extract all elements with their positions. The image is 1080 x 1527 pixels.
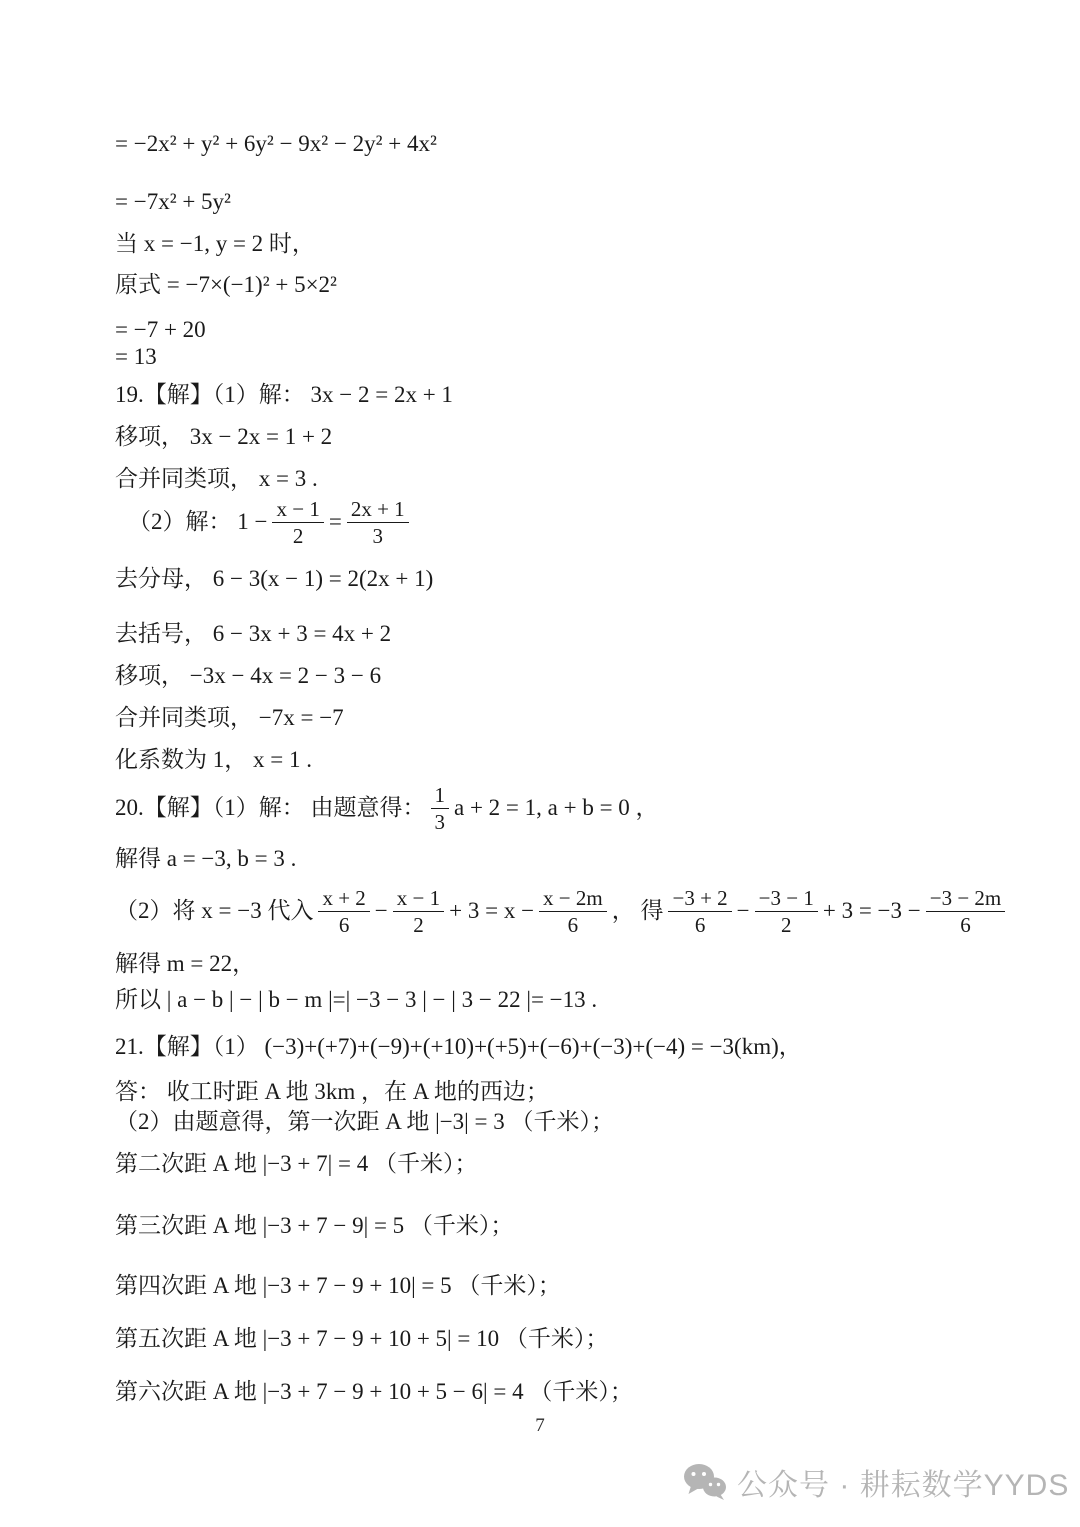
math-text: − — [737, 897, 750, 926]
math-line: 原式 = −7×(−1)² + 5×2² — [115, 271, 337, 300]
fraction-denominator: 2 — [755, 912, 818, 937]
fraction: x − 1 2 — [393, 886, 444, 937]
fraction-numerator: 1 — [431, 783, 450, 809]
answer-line: 答： 收工时距 A 地 3km ，在 A 地的西边； — [115, 1078, 549, 1107]
math-line: 当 x = −1, y = 2 时， — [115, 230, 315, 259]
fraction-numerator: −3 − 1 — [755, 886, 818, 912]
fraction-denominator: 3 — [347, 523, 409, 548]
math-line: 19.【解】（1）解： 3x − 2 = 2x + 1 — [115, 381, 453, 410]
math-line: 第三次距 A 地 |−3 + 7 − 9| = 5 （千米）； — [115, 1212, 513, 1241]
math-text: + 3 = x − — [449, 897, 534, 926]
math-line: = −7 + 20 — [115, 316, 206, 345]
fraction-denominator: 2 — [272, 523, 323, 548]
math-line: 合并同类项， −7x = −7 — [115, 704, 344, 733]
fraction-numerator: x − 2m — [539, 886, 607, 912]
math-line: = 13 — [115, 343, 157, 372]
fraction-denominator: 6 — [318, 912, 369, 937]
fraction: −3 − 1 2 — [755, 886, 818, 937]
fraction-denominator: 3 — [431, 809, 450, 834]
math-text: + 3 = −3 − — [823, 897, 921, 926]
watermark: 公众号 · 耕耘数学YYDS — [683, 1460, 1069, 1504]
fraction-numerator: 2x + 1 — [347, 497, 409, 523]
math-text: − — [375, 897, 388, 926]
math-line: 合并同类项， x = 3 . — [115, 465, 318, 494]
math-line: 去括号， 6 − 3x + 3 = 4x + 2 — [115, 620, 391, 649]
fraction-denominator: 2 — [393, 912, 444, 937]
fraction-numerator: x − 1 — [393, 886, 444, 912]
math-line: 第五次距 A 地 |−3 + 7 − 9 + 10 + 5| = 10 （千米）… — [115, 1325, 608, 1354]
math-line: = −7x² + 5y² — [115, 188, 231, 217]
math-text: ， 得 — [612, 897, 664, 926]
math-line: 第四次距 A 地 |−3 + 7 − 9 + 10| = 5 （千米）； — [115, 1272, 561, 1301]
math-line: = −2x² + y² + 6y² − 9x² − 2y² + 4x² — [115, 130, 437, 159]
math-text: 20.【解】（1）解： 由题意得： — [115, 794, 426, 823]
math-line: 去分母， 6 − 3(x − 1) = 2(2x + 1) — [115, 565, 433, 594]
math-line-with-fractions: （2）解： 1 − x − 1 2 = 2x + 1 3 — [128, 497, 414, 548]
fraction: 1 3 — [431, 783, 450, 834]
fraction-numerator: x + 2 — [318, 886, 369, 912]
math-line: （2）由题意得，第一次距 A 地 |−3| = 3 （千米）； — [115, 1108, 614, 1137]
page-number: 7 — [0, 1415, 1080, 1437]
fraction-denominator: 6 — [926, 912, 1006, 937]
math-line-with-fractions: （2）将 x = −3 代入 x + 2 6 − x − 1 2 + 3 = x… — [115, 886, 1010, 937]
math-line-with-fractions: 20.【解】（1）解： 由题意得： 1 3 a + 2 = 1, a + b =… — [115, 783, 659, 834]
math-line: 第六次距 A 地 |−3 + 7 − 9 + 10 + 5 − 6| = 4 （… — [115, 1378, 633, 1407]
math-line: 化系数为 1， x = 1 . — [115, 746, 312, 775]
math-line: 解得 a = −3, b = 3 . — [115, 845, 296, 874]
fraction: x + 2 6 — [318, 886, 369, 937]
fraction-numerator: −3 + 2 — [668, 886, 731, 912]
math-text: = — [329, 508, 342, 537]
fraction-denominator: 6 — [668, 912, 731, 937]
math-text: （2）解： 1 − — [128, 508, 267, 537]
math-line: 移项， 3x − 2x = 1 + 2 — [115, 423, 332, 452]
fraction: x − 2m 6 — [539, 886, 607, 937]
fraction-numerator: x − 1 — [272, 497, 323, 523]
math-line: 21.【解】（1） (−3)+(+7)+(−9)+(+10)+(+5)+(−6)… — [115, 1033, 802, 1062]
document-page: = −2x² + y² + 6y² − 9x² − 2y² + 4x² = −7… — [0, 0, 1080, 1527]
fraction: 2x + 1 3 — [347, 497, 409, 548]
fraction-denominator: 6 — [539, 912, 607, 937]
math-line: 所以 | a − b | − | b − m |=| −3 − 3 | − | … — [115, 986, 597, 1015]
math-text: （2）将 x = −3 代入 — [115, 897, 313, 926]
fraction: x − 1 2 — [272, 497, 323, 548]
wechat-icon — [683, 1463, 727, 1501]
math-text: a + 2 = 1, a + b = 0 ， — [454, 794, 659, 823]
math-line: 移项， −3x − 4x = 2 − 3 − 6 — [115, 662, 381, 691]
fraction: −3 + 2 6 — [668, 886, 731, 937]
watermark-text: 公众号 · 耕耘数学YYDS — [737, 1460, 1069, 1504]
fraction-numerator: −3 − 2m — [926, 886, 1006, 912]
math-line: 第二次距 A 地 |−3 + 7| = 4 （千米）； — [115, 1150, 477, 1179]
fraction: −3 − 2m 6 — [926, 886, 1006, 937]
math-line: 解得 m = 22， — [115, 950, 255, 979]
